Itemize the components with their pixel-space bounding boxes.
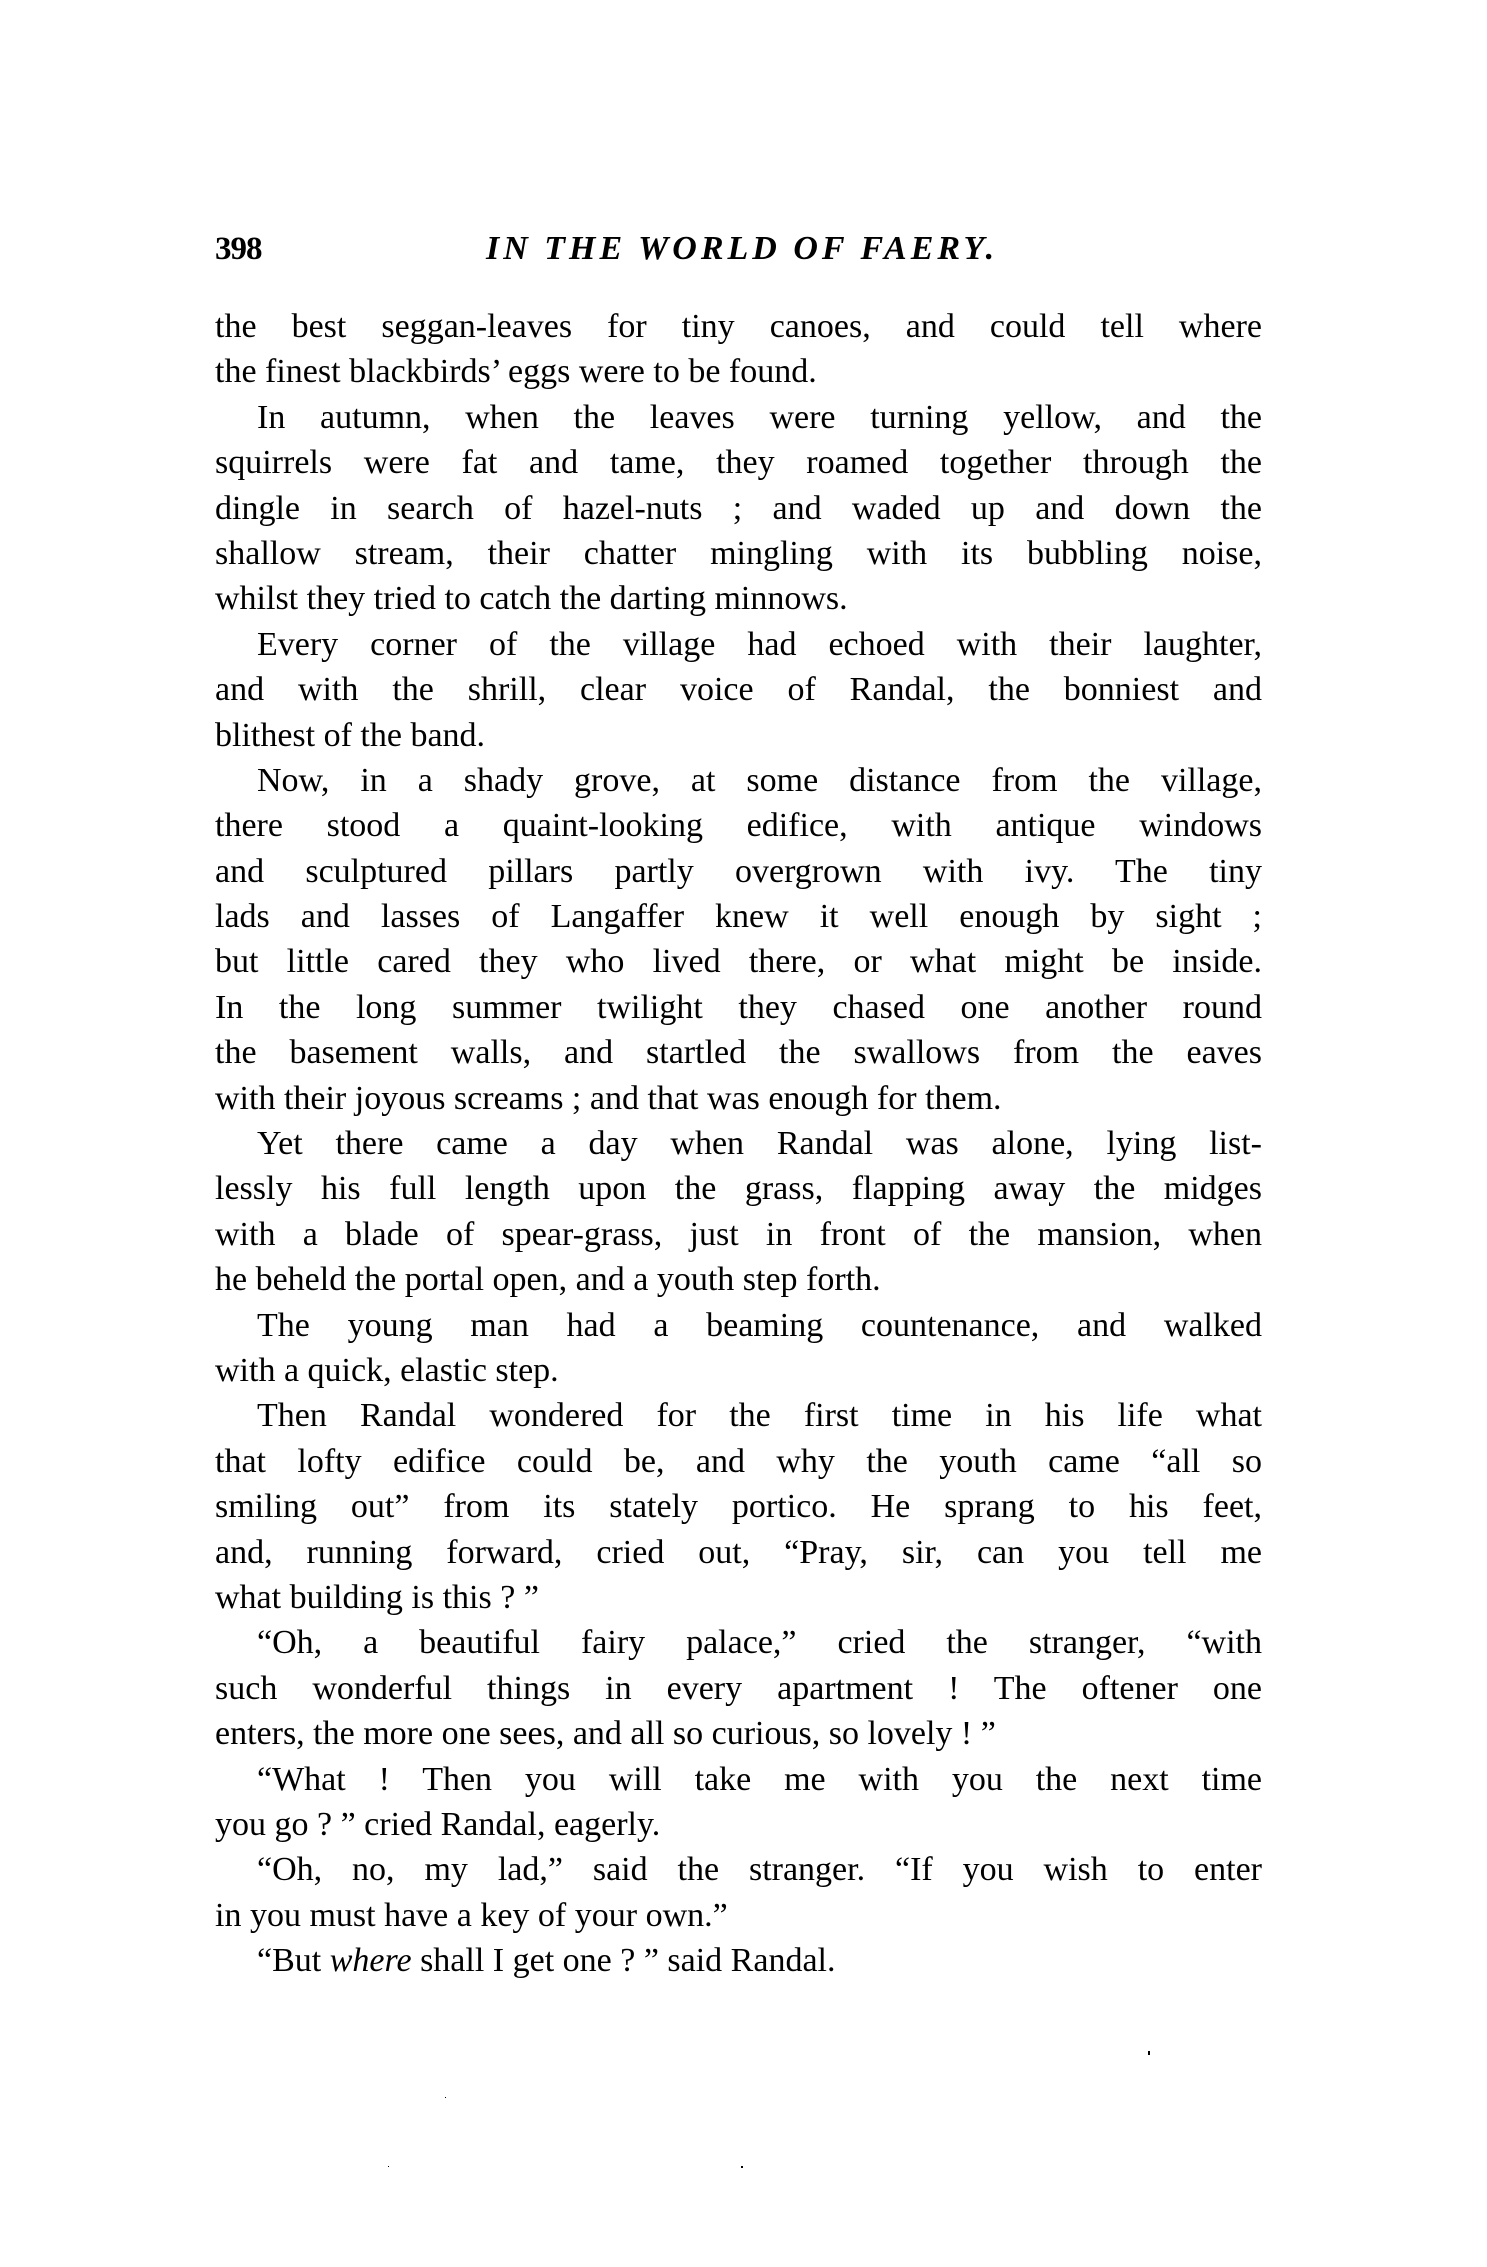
text-line: he beheld the portal open, and a youth s…	[215, 1257, 1262, 1302]
text-line: squirrels were fat and tame, they roamed…	[215, 440, 1262, 485]
book-page: 398 IN THE WORLD OF FAERY. the best segg…	[0, 0, 1487, 2267]
text-line: with a quick, elastic step.	[215, 1348, 1262, 1393]
text-line: the basement walls, and startled the swa…	[215, 1030, 1262, 1075]
text-line: Now, in a shady grove, at some distance …	[215, 758, 1262, 803]
text-line: in you must have a key of your own.”	[215, 1893, 1262, 1938]
text-line: and sculptured pillars partly overgrown …	[215, 849, 1262, 894]
text-line: “What ! Then you will take me with you t…	[215, 1757, 1262, 1802]
scan-speck	[1148, 2051, 1150, 2055]
final-line-after: shall I get one ? ” said Randal.	[412, 1942, 836, 1979]
text-line: Yet there came a day when Randal was alo…	[215, 1121, 1262, 1166]
text-line: “Oh, no, my lad,” said the stranger. “If…	[215, 1847, 1262, 1892]
text-line: “Oh, a beautiful fairy palace,” cried th…	[215, 1620, 1262, 1665]
text-line: Then Randal wondered for the first time …	[215, 1393, 1262, 1438]
body-text: the best seggan-leaves for tiny canoes, …	[215, 304, 1262, 1983]
text-line: Every corner of the village had echoed w…	[215, 622, 1262, 667]
text-line: smiling out” from its stately portico. H…	[215, 1484, 1262, 1529]
text-line: enters, the more one sees, and all so cu…	[215, 1711, 1262, 1756]
scan-speck	[445, 2097, 446, 2098]
text-line: In the long summer twilight they chased …	[215, 985, 1262, 1030]
text-line: blithest of the band.	[215, 713, 1262, 758]
text-line: you go ? ” cried Randal, eagerly.	[215, 1802, 1262, 1847]
final-text-line: “But where shall I get one ? ” said Rand…	[215, 1938, 1262, 1983]
text-line: with their joyous screams ; and that was…	[215, 1076, 1262, 1121]
text-line: The young man had a beaming countenance,…	[215, 1303, 1262, 1348]
text-line: whilst they tried to catch the darting m…	[215, 576, 1262, 621]
text-line: but little cared they who lived there, o…	[215, 939, 1262, 984]
text-line: shallow stream, their chatter mingling w…	[215, 531, 1262, 576]
text-line: the best seggan-leaves for tiny canoes, …	[215, 304, 1262, 349]
text-line: what building is this ? ”	[215, 1575, 1262, 1620]
text-line: and with the shrill, clear voice of Rand…	[215, 667, 1262, 712]
emphasis-word: where	[330, 1942, 412, 1979]
text-line: there stood a quaint-looking edifice, wi…	[215, 803, 1262, 848]
text-line: In autumn, when the leaves were turning …	[215, 395, 1262, 440]
text-line: with a blade of spear-grass, just in fro…	[215, 1212, 1262, 1257]
scan-speck	[388, 2166, 389, 2167]
text-line: dingle in search of hazel-nuts ; and wad…	[215, 486, 1262, 531]
page-number: 398	[215, 226, 262, 272]
text-line: lads and lasses of Langaffer knew it wel…	[215, 894, 1262, 939]
text-line: lessly his full length upon the grass, f…	[215, 1166, 1262, 1211]
running-header: 398 IN THE WORLD OF FAERY.	[215, 226, 1262, 272]
text-line: the finest blackbirds’ eggs were to be f…	[215, 349, 1262, 394]
scan-speck	[741, 2166, 743, 2168]
text-line: that lofty edifice could be, and why the…	[215, 1439, 1262, 1484]
text-line: and, running forward, cried out, “Pray, …	[215, 1530, 1262, 1575]
running-head-title: IN THE WORLD OF FAERY.	[486, 226, 1006, 272]
text-line: such wonderful things in every apartment…	[215, 1666, 1262, 1711]
final-line-before: “But	[257, 1942, 330, 1979]
